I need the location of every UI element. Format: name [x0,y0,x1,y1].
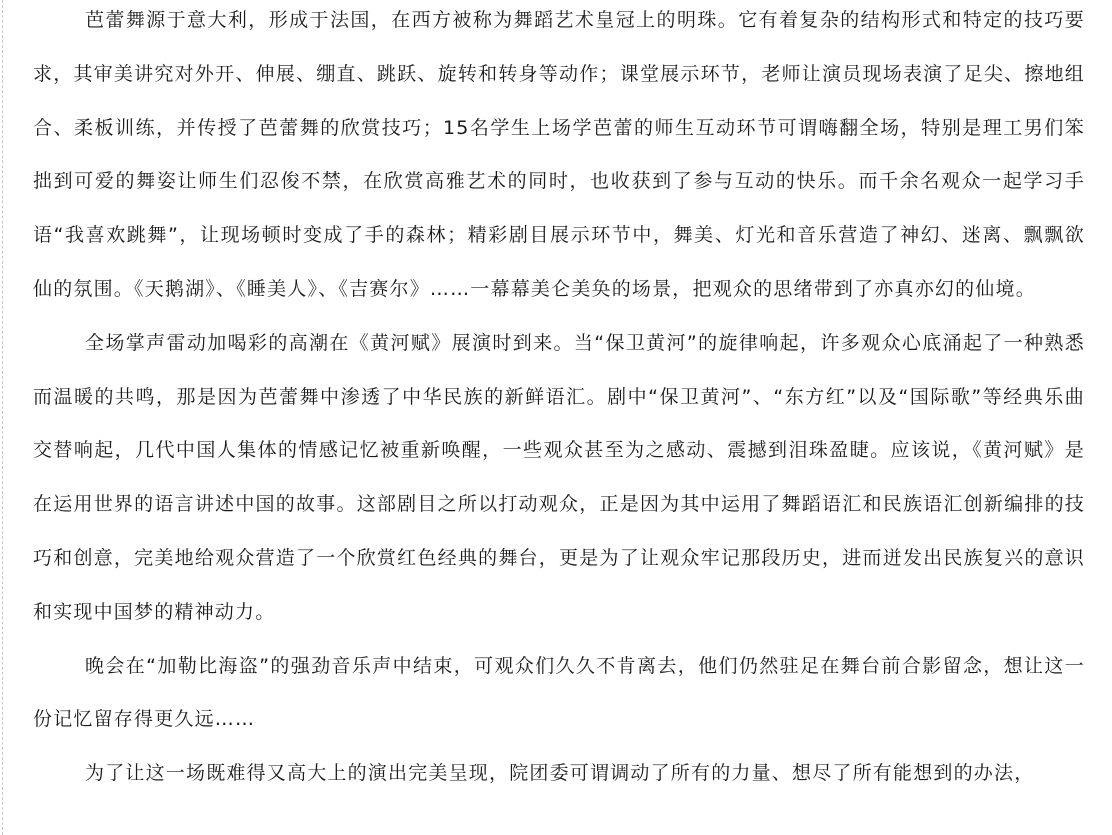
paragraph-preparation: 为了让这一场既难得又高大上的演出完美呈现，院团委可谓调动了所有的力量、想尽了所有… [33,747,1085,801]
paragraph-yellow-river: 全场掌声雷动加喝彩的高潮在《黄河赋》展演时到来。当“保卫黄河”的旋律响起，许多观… [33,317,1085,640]
paragraph-finale: 晚会在“加勒比海盗”的强劲音乐声中结束，可观众们久久不肯离去，他们仍然驻足在舞台… [33,640,1085,748]
page-margin-border [2,0,3,835]
document-body: 芭蕾舞源于意大利，形成于法国，在西方被称为舞蹈艺术皇冠上的明珠。它有着复杂的结构… [33,0,1085,801]
paragraph-ballet-intro: 芭蕾舞源于意大利，形成于法国，在西方被称为舞蹈艺术皇冠上的明珠。它有着复杂的结构… [33,0,1085,317]
